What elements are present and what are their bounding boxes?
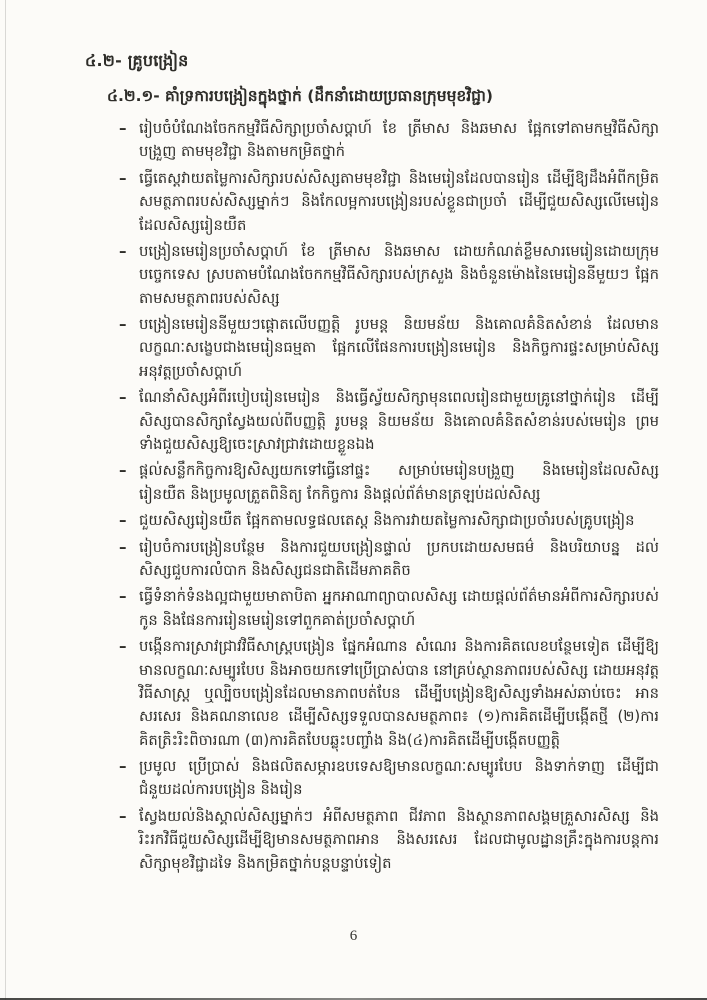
bullet-dash-marker: – [119, 536, 139, 560]
list-item: –ផ្តល់សន្លឹកកិច្ចការឱ្យសិស្សយកទៅធ្វើនៅផ្… [119, 459, 659, 506]
bullet-dash-marker: – [119, 585, 139, 609]
bullet-text: រៀបចំបំណែងចែកកម្មវិធីសិក្សាប្រចាំសប្តាហ៍… [139, 117, 659, 164]
bullet-text: បង្កើនការស្រាវជ្រាវវិធីសាស្រ្តបង្រៀន ផ្ន… [139, 635, 659, 752]
bullet-text: ណែនាំសិស្សអំពីរបៀបរៀនមេរៀន និងធ្វើស្វ័យស… [139, 386, 659, 456]
list-item: –ធ្វើតេស្តវាយតម្លៃការសិក្សារបស់សិស្សតាមម… [119, 167, 659, 237]
bullet-dash-marker: – [119, 117, 139, 141]
section-heading: ៤.២- គ្រូបង្រៀន [85, 50, 659, 74]
bullet-text: រៀបចំការបង្រៀនបន្ថែម និងការជួយបង្រៀនផ្ទា… [139, 536, 659, 583]
bullet-dash-marker: – [119, 167, 139, 191]
bullet-dash-marker: – [119, 386, 139, 410]
list-item: –រៀបចំការបង្រៀនបន្ថែម និងការជួយបង្រៀនផ្ទ… [119, 536, 659, 583]
list-item: –ធ្វើទំនាក់ទំនងល្អជាមួយមាតាបិតា អ្នកអាណា… [119, 585, 659, 632]
list-item: –បង្កើនការស្រាវជ្រាវវិធីសាស្រ្តបង្រៀន ផ្… [119, 635, 659, 752]
list-item: –បង្រៀនមេរៀននីមួយៗផ្តោតលើបញ្ញត្តិ រូបមន្… [119, 313, 659, 383]
subsection-heading: ៤.២.១- គាំទ្រការបង្រៀនក្នុងថ្នាក់ (ដឹកនា… [107, 86, 659, 109]
bullet-text: ធ្វើតេស្តវាយតម្លៃការសិក្សារបស់សិស្សតាមមុ… [139, 167, 659, 237]
list-item: –បង្រៀនមេរៀនប្រចាំសប្តាហ៍ ខែ ត្រីមាស និង… [119, 240, 659, 310]
list-item: –ជួយសិស្សរៀនយឺត ផ្អែកតាមលទ្ធផលតេស្ត និងក… [119, 509, 659, 533]
bullet-text: បង្រៀនមេរៀននីមួយៗផ្តោតលើបញ្ញត្តិ រូបមន្ត… [139, 313, 659, 383]
bullet-dash-marker: – [119, 805, 139, 829]
page-number: 6 [0, 928, 707, 945]
bullet-text: ស្វែងយល់និងស្គាល់សិស្សម្នាក់ៗ អំពីសមត្ថភ… [139, 805, 659, 875]
bullet-dash-marker: – [119, 755, 139, 779]
bullet-text: ផ្តល់សន្លឹកកិច្ចការឱ្យសិស្សយកទៅធ្វើនៅផ្ទ… [139, 459, 659, 506]
bullet-list: –រៀបចំបំណែងចែកកម្មវិធីសិក្សាប្រចាំសប្តាហ… [119, 117, 659, 875]
document-content: ៤.២- គ្រូបង្រៀន ៤.២.១- គាំទ្រការបង្រៀនក្… [85, 50, 659, 878]
bullet-text: ធ្វើទំនាក់ទំនងល្អជាមួយមាតាបិតា អ្នកអាណាព… [139, 585, 659, 632]
list-item: –រៀបចំបំណែងចែកកម្មវិធីសិក្សាប្រចាំសប្តាហ… [119, 117, 659, 164]
list-item: –ណែនាំសិស្សអំពីរបៀបរៀនមេរៀន និងធ្វើស្វ័យ… [119, 386, 659, 456]
bullet-text: ជួយសិស្សរៀនយឺត ផ្អែកតាមលទ្ធផលតេស្ត និងកា… [139, 509, 659, 532]
bullet-dash-marker: – [119, 313, 139, 337]
bullet-dash-marker: – [119, 509, 139, 533]
list-item: –ស្វែងយល់និងស្គាល់សិស្សម្នាក់ៗ អំពីសមត្ថ… [119, 805, 659, 875]
scan-edge-artifact-left [5, 0, 6, 1000]
scanned-document-page: ៤.២- គ្រូបង្រៀន ៤.២.១- គាំទ្រការបង្រៀនក្… [0, 0, 707, 1000]
bullet-dash-marker: – [119, 240, 139, 264]
bullet-dash-marker: – [119, 459, 139, 483]
bullet-text: ប្រមូល ប្រើប្រាស់ និងផលិតសម្ភារឧបទេសឱ្យម… [139, 755, 659, 802]
list-item: –ប្រមូល ប្រើប្រាស់ និងផលិតសម្ភារឧបទេសឱ្យ… [119, 755, 659, 802]
bullet-dash-marker: – [119, 635, 139, 659]
bullet-text: បង្រៀនមេរៀនប្រចាំសប្តាហ៍ ខែ ត្រីមាស និងឆ… [139, 240, 659, 310]
